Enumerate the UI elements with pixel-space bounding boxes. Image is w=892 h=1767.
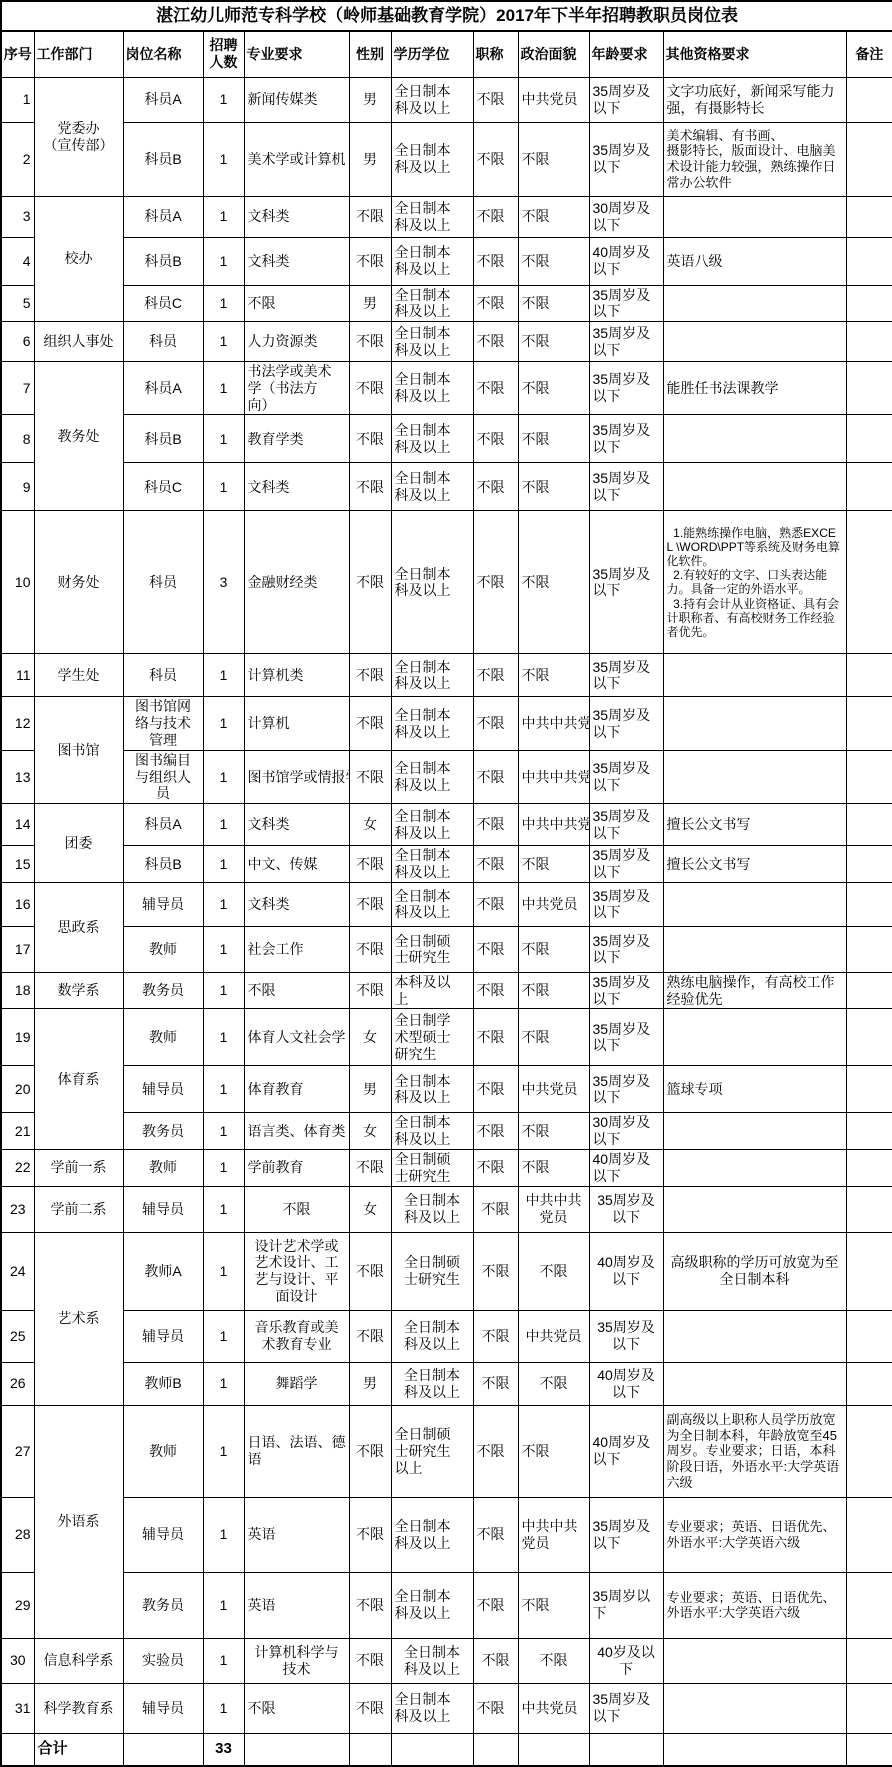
remark-cell	[846, 697, 892, 750]
gender-cell: 不限	[349, 654, 391, 697]
n-cell: 23	[1, 1186, 34, 1232]
major-cell: 计算机类	[244, 654, 349, 697]
table-row-30: 30信息科学系实验员1计算机科学与 技术不限全日制本 科及以上不限不限40岁及以…	[1, 1638, 892, 1683]
count-cell: 1	[203, 1310, 244, 1362]
major-cell: 音乐教育或美 术教育专业	[244, 1310, 349, 1362]
dept-cell: 艺术系	[34, 1232, 123, 1405]
edu-cell: 全日制本 科及以上	[391, 804, 473, 846]
other-cell	[663, 1186, 846, 1232]
post-cell: 教师A	[123, 1232, 203, 1310]
other-cell	[663, 322, 846, 362]
remark-cell	[846, 285, 892, 322]
count-cell: 1	[203, 882, 244, 926]
title-cell: 不限	[473, 1232, 518, 1310]
remark-cell	[846, 362, 892, 415]
title-cell: 不限	[473, 322, 518, 362]
n-cell: 28	[1, 1497, 34, 1572]
count-cell: 1	[203, 846, 244, 883]
remark-cell	[846, 1310, 892, 1362]
remark-cell	[846, 882, 892, 926]
edu-cell: 全日制本 科及以上	[391, 750, 473, 803]
post-cell: 图书编目 与组织人 员	[123, 750, 203, 803]
politics-cell: 中共中共 党员	[518, 1186, 589, 1232]
age-cell: 35周岁及以下	[589, 1009, 663, 1066]
age-cell: 35周岁及以下	[589, 750, 663, 803]
gender-cell: 不限	[349, 846, 391, 883]
title-cell: 不限	[473, 1638, 518, 1683]
politics-cell: 不限	[518, 926, 589, 972]
politics-cell: 不限	[518, 1572, 589, 1638]
age-cell: 35周岁及以下	[589, 322, 663, 362]
table-row-14: 14团委科员A1文科类女全日制本 科及以上不限中共中共党员35周岁及以下擅长公文…	[1, 804, 892, 846]
edu-cell: 全日制本 科及以上	[391, 415, 473, 463]
n-cell: 24	[1, 1232, 34, 1310]
title-cell: 不限	[473, 882, 518, 926]
politics-cell: 不限	[518, 362, 589, 415]
edu-cell: 全日制学 术型硕士 研究生	[391, 1009, 473, 1066]
edu-cell: 全日制本 科及以上	[391, 882, 473, 926]
n-cell: 15	[1, 846, 34, 883]
other-cell: 擅长公文书写	[663, 846, 846, 883]
table-row-31: 31科学教育系辅导员1不限不限全日制本 科及以上不限中共党员35周岁及以下	[1, 1683, 892, 1733]
post-cell: 教师	[123, 1150, 203, 1187]
table-row-11: 11学生处科员1计算机类不限全日制本 科及以上不限不限35周岁及以下	[1, 654, 892, 697]
edu-cell: 全日制本 科及以上	[391, 1362, 473, 1405]
table-row-27: 27外语系教师1日语、法语、德语不限全日制硕 士研究生 以上不限不限40周岁及以…	[1, 1405, 892, 1497]
gender-cell: 不限	[349, 322, 391, 362]
post-cell: 科员A	[123, 362, 203, 415]
major-cell: 体育教育	[244, 1066, 349, 1113]
remark-cell	[846, 846, 892, 883]
gender-cell: 女	[349, 1113, 391, 1150]
dept-cell: 校办	[34, 196, 123, 322]
count-cell: 1	[203, 122, 244, 196]
major-cell	[244, 1733, 349, 1766]
age-cell: 40周岁及以下	[589, 1232, 663, 1310]
politics-cell: 不限	[518, 846, 589, 883]
title-cell: 不限	[473, 463, 518, 511]
post-cell: 科员B	[123, 846, 203, 883]
table-row-1: 1党委办 （宣传部）科员A1新闻传媒类男全日制本 科及以上不限中共党员35周岁及…	[1, 77, 892, 122]
remark-cell	[846, 415, 892, 463]
dept-cell: 体育系	[34, 1009, 123, 1150]
table-row-10: 10财务处科员3金融财经类不限全日制本 科及以上不限不限35周岁及以下 1.能熟…	[1, 511, 892, 654]
dept-cell: 思政系	[34, 882, 123, 972]
post-cell: 教师	[123, 1009, 203, 1066]
header-row: 序号工作部门岗位名称招聘 人数专业要求性别学历学位职称政治面貌年龄要求其他资格要…	[1, 31, 892, 77]
title-cell: 不限	[473, 362, 518, 415]
dept-cell: 组织人事处	[34, 322, 123, 362]
title-cell: 不限	[473, 1113, 518, 1150]
title-cell: 不限	[473, 1362, 518, 1405]
age-cell: 35周岁以下	[589, 1572, 663, 1638]
table-row-18: 18数学系教务员1不限不限本科及以 上不限不限35周岁及以下熟练电脑操作，有高校…	[1, 972, 892, 1009]
column-header-politics: 政治面貌	[518, 31, 589, 77]
age-cell: 30周岁及以下	[589, 196, 663, 237]
post-cell: 科员A	[123, 804, 203, 846]
table-row-12: 12图书馆图书馆网 络与技术 管理1计算机不限全日制本 科及以上不限中共中共党员…	[1, 697, 892, 750]
n-cell: 1	[1, 77, 34, 122]
dept-cell: 信息科学系	[34, 1638, 123, 1683]
count-cell: 1	[203, 237, 244, 285]
table-row-28: 28辅导员1英语不限全日制本 科及以上不限中共中共 党员35周岁及以下专业要求；…	[1, 1497, 892, 1572]
title-row: 湛江幼儿师范专科学校（岭师基础教育学院）2017年下半年招聘教职员岗位表	[1, 1, 892, 31]
post-cell: 科员	[123, 511, 203, 654]
title-cell: 不限	[473, 697, 518, 750]
gender-cell: 不限	[349, 1405, 391, 1497]
major-cell: 计算机科学与 技术	[244, 1638, 349, 1683]
post-cell: 科员A	[123, 77, 203, 122]
remark-cell	[846, 322, 892, 362]
title-cell: 不限	[473, 1405, 518, 1497]
age-cell: 40周岁及以下	[589, 237, 663, 285]
remark-cell	[846, 463, 892, 511]
title-cell: 不限	[473, 1572, 518, 1638]
edu-cell: 全日制本 科及以上	[391, 1310, 473, 1362]
gender-cell: 不限	[349, 1572, 391, 1638]
other-cell	[663, 697, 846, 750]
column-header-major: 专业要求	[244, 31, 349, 77]
post-cell: 辅导员	[123, 1310, 203, 1362]
gender-cell: 男	[349, 122, 391, 196]
major-cell: 文科类	[244, 804, 349, 846]
major-cell: 人力资源类	[244, 322, 349, 362]
politics-cell: 不限	[518, 1362, 589, 1405]
politics-cell: 不限	[518, 511, 589, 654]
politics-cell: 不限	[518, 972, 589, 1009]
post-cell: 教师B	[123, 1362, 203, 1405]
age-cell: 35周岁及以下	[589, 1683, 663, 1733]
politics-cell: 不限	[518, 1232, 589, 1310]
dept-cell: 图书馆	[34, 697, 123, 804]
age-cell: 35周岁及以下	[589, 804, 663, 846]
post-cell: 辅导员	[123, 1683, 203, 1733]
other-cell: 副高级以上职称人员学历放宽为全日制本科，年龄放宽至45周岁。专业要求；日语，本科…	[663, 1405, 846, 1497]
edu-cell: 全日制硕 士研究生	[391, 1150, 473, 1187]
n-cell: 3	[1, 196, 34, 237]
column-header-other: 其他资格要求	[663, 31, 846, 77]
table-row-16: 16思政系辅导员1文科类不限全日制本 科及以上不限中共党员35周岁及以下	[1, 882, 892, 926]
count-cell: 1	[203, 972, 244, 1009]
other-cell: 熟练电脑操作，有高校工作经验优先	[663, 972, 846, 1009]
edu-cell: 全日制本 科及以上	[391, 237, 473, 285]
dept-cell: 团委	[34, 804, 123, 883]
remark-cell	[846, 1009, 892, 1066]
table-body: 1党委办 （宣传部）科员A1新闻传媒类男全日制本 科及以上不限中共党员35周岁及…	[1, 77, 892, 1766]
major-cell: 社会工作	[244, 926, 349, 972]
gender-cell: 不限	[349, 1497, 391, 1572]
gender-cell: 不限	[349, 511, 391, 654]
edu-cell: 全日制本 科及以上	[391, 463, 473, 511]
politics-cell: 中共党员	[518, 882, 589, 926]
edu-cell: 全日制本 科及以上	[391, 697, 473, 750]
column-header-title: 职称	[473, 31, 518, 77]
remark-cell	[846, 1186, 892, 1232]
other-cell: 篮球专项	[663, 1066, 846, 1113]
n-cell: 18	[1, 972, 34, 1009]
n-cell: 22	[1, 1150, 34, 1187]
count-cell: 1	[203, 1497, 244, 1572]
other-cell	[663, 1113, 846, 1150]
title-cell: 不限	[473, 122, 518, 196]
edu-cell: 本科及以 上	[391, 972, 473, 1009]
table-row-23: 23学前二系辅导员1不限女全日制本 科及以上不限中共中共 党员35周岁及以下	[1, 1186, 892, 1232]
remark-cell	[846, 1638, 892, 1683]
edu-cell: 全日制本 科及以上	[391, 846, 473, 883]
title-cell: 不限	[473, 196, 518, 237]
n-cell: 20	[1, 1066, 34, 1113]
politics-cell: 中共党员	[518, 1683, 589, 1733]
edu-cell: 全日制本 科及以上	[391, 285, 473, 322]
n-cell: 5	[1, 285, 34, 322]
column-header-edu: 学历学位	[391, 31, 473, 77]
post-cell: 科员C	[123, 285, 203, 322]
gender-cell: 女	[349, 1009, 391, 1066]
other-cell	[663, 1733, 846, 1766]
major-cell: 语言类、体育类	[244, 1113, 349, 1150]
n-cell: 19	[1, 1009, 34, 1066]
count-cell: 1	[203, 1572, 244, 1638]
major-cell: 不限	[244, 1683, 349, 1733]
major-cell: 金融财经类	[244, 511, 349, 654]
post-cell: 教务员	[123, 1113, 203, 1150]
n-cell: 21	[1, 1113, 34, 1150]
other-cell	[663, 415, 846, 463]
gender-cell: 不限	[349, 1638, 391, 1683]
major-cell: 文科类	[244, 237, 349, 285]
post-cell: 教师	[123, 926, 203, 972]
major-cell: 文科类	[244, 196, 349, 237]
title-cell: 不限	[473, 511, 518, 654]
edu-cell: 全日制本 科及以上	[391, 1683, 473, 1733]
major-cell: 学前教育	[244, 1150, 349, 1187]
age-cell: 35周岁及以下	[589, 415, 663, 463]
major-cell: 美术学或计算机	[244, 122, 349, 196]
n-cell: 10	[1, 511, 34, 654]
age-cell: 35周岁及以下	[589, 882, 663, 926]
remark-cell	[846, 1113, 892, 1150]
politics-cell: 不限	[518, 1405, 589, 1497]
post-cell: 科员B	[123, 415, 203, 463]
major-cell: 不限	[244, 1186, 349, 1232]
count-cell: 1	[203, 1405, 244, 1497]
age-cell: 35周岁及以下	[589, 697, 663, 750]
other-cell	[663, 1638, 846, 1683]
other-cell: 文字功底好，新闻采写能力强，有摄影特长	[663, 77, 846, 122]
post-cell: 辅导员	[123, 1066, 203, 1113]
major-cell: 书法学或美术 学（书法方 向）	[244, 362, 349, 415]
remark-cell	[846, 77, 892, 122]
count-cell: 1	[203, 285, 244, 322]
title-cell: 不限	[473, 654, 518, 697]
post-cell: 图书馆网 络与技术 管理	[123, 697, 203, 750]
title-cell: 不限	[473, 972, 518, 1009]
n-cell: 7	[1, 362, 34, 415]
remark-cell	[846, 1497, 892, 1572]
n-cell: 12	[1, 697, 34, 750]
post-cell: 科员	[123, 322, 203, 362]
major-cell: 英语	[244, 1497, 349, 1572]
major-cell: 设计艺术学或 艺术设计、工 艺与设计、平 面设计	[244, 1232, 349, 1310]
gender-cell: 不限	[349, 1232, 391, 1310]
other-cell	[663, 1009, 846, 1066]
title-cell: 不限	[473, 1310, 518, 1362]
politics-cell: 不限	[518, 1638, 589, 1683]
count-cell: 1	[203, 1232, 244, 1310]
gender-cell: 男	[349, 285, 391, 322]
edu-cell: 全日制本 科及以上	[391, 1186, 473, 1232]
edu-cell: 全日制本 科及以上	[391, 122, 473, 196]
dept-cell: 学生处	[34, 654, 123, 697]
table-row-19: 19体育系教师1体育人文社会学女全日制学 术型硕士 研究生不限不限35周岁及以下	[1, 1009, 892, 1066]
table-row-7: 7教务处科员A1书法学或美术 学（书法方 向）不限全日制本 科及以上不限不限35…	[1, 362, 892, 415]
count-cell: 1	[203, 1362, 244, 1405]
count-cell: 1	[203, 804, 244, 846]
edu-cell: 全日制本 科及以上	[391, 654, 473, 697]
dept-cell: 学前一系	[34, 1150, 123, 1187]
remark-cell	[846, 926, 892, 972]
politics-cell: 不限	[518, 654, 589, 697]
dept-cell: 数学系	[34, 972, 123, 1009]
gender-cell: 不限	[349, 926, 391, 972]
table-row-3: 3校办科员A1文科类不限全日制本 科及以上不限不限30周岁及以下	[1, 196, 892, 237]
major-cell: 中文、传媒	[244, 846, 349, 883]
post-cell: 科员B	[123, 122, 203, 196]
count-cell: 1	[203, 926, 244, 972]
other-cell: 美术编辑、有书画、 摄影特长，版面设计、电脑美术设计能力较强，熟练操作日常办公软…	[663, 122, 846, 196]
count-cell: 1	[203, 697, 244, 750]
age-cell: 35周岁及以下	[589, 285, 663, 322]
major-cell: 英语	[244, 1572, 349, 1638]
n-cell: 29	[1, 1572, 34, 1638]
count-cell: 1	[203, 415, 244, 463]
major-cell: 新闻传媒类	[244, 77, 349, 122]
table-row-2: 2科员B1美术学或计算机男全日制本 科及以上不限不限35周岁及以下美术编辑、有书…	[1, 122, 892, 196]
edu-cell: 全日制本 科及以上	[391, 511, 473, 654]
post-cell: 实验员	[123, 1638, 203, 1683]
post-cell: 教师	[123, 1405, 203, 1497]
edu-cell: 全日制本 科及以上	[391, 1497, 473, 1572]
dept-cell: 财务处	[34, 511, 123, 654]
remark-cell	[846, 1150, 892, 1187]
gender-cell: 女	[349, 1186, 391, 1232]
n-cell: 8	[1, 415, 34, 463]
other-cell	[663, 1310, 846, 1362]
table-row-26: 26教师B1舞蹈学男全日制本 科及以上不限不限40周岁及以下	[1, 1362, 892, 1405]
title-cell: 不限	[473, 1186, 518, 1232]
age-cell: 40岁及以下	[589, 1638, 663, 1683]
major-cell: 不限	[244, 285, 349, 322]
edu-cell: 全日制硕 士研究生 以上	[391, 1405, 473, 1497]
count-cell: 1	[203, 362, 244, 415]
age-cell: 35周岁及以下	[589, 846, 663, 883]
politics-cell: 中共中共党员	[518, 750, 589, 803]
age-cell: 30周岁及以下	[589, 1113, 663, 1150]
other-cell: 擅长公文书写	[663, 804, 846, 846]
title-cell: 不限	[473, 415, 518, 463]
politics-cell: 中共党员	[518, 1066, 589, 1113]
gender-cell: 不限	[349, 415, 391, 463]
dept-cell: 学前二系	[34, 1186, 123, 1232]
n-cell: 14	[1, 804, 34, 846]
edu-cell: 全日制本 科及以上	[391, 77, 473, 122]
other-cell: 高级职称的学历可放宽为至全日制本科	[663, 1232, 846, 1310]
major-cell: 计算机	[244, 697, 349, 750]
n-cell: 31	[1, 1683, 34, 1733]
dept-cell: 外语系	[34, 1405, 123, 1638]
politics-cell: 不限	[518, 463, 589, 511]
count-cell: 1	[203, 1150, 244, 1187]
age-cell: 35周岁及以下	[589, 122, 663, 196]
edu-cell: 全日制本 科及以上	[391, 1638, 473, 1683]
major-cell: 图书馆学或情报学	[244, 750, 349, 803]
title-cell: 不限	[473, 237, 518, 285]
politics-cell: 不限	[518, 237, 589, 285]
count-cell: 1	[203, 1683, 244, 1733]
gender-cell: 不限	[349, 882, 391, 926]
politics-cell: 中共党员	[518, 77, 589, 122]
remark-cell	[846, 972, 892, 1009]
n-cell: 13	[1, 750, 34, 803]
count-cell: 1	[203, 1186, 244, 1232]
remark-cell	[846, 750, 892, 803]
age-cell: 35周岁及以下	[589, 463, 663, 511]
table-row-9: 9科员C1文科类不限全日制本 科及以上不限不限35周岁及以下	[1, 463, 892, 511]
other-cell	[663, 285, 846, 322]
title-cell: 不限	[473, 285, 518, 322]
table-row-4: 4科员B1文科类不限全日制本 科及以上不限不限40周岁及以下英语八级	[1, 237, 892, 285]
politics-cell: 不限	[518, 1113, 589, 1150]
major-cell: 舞蹈学	[244, 1362, 349, 1405]
age-cell: 35周岁及以下	[589, 926, 663, 972]
gender-cell: 不限	[349, 196, 391, 237]
other-cell: 1.能熟练操作电脑，熟悉EXCEL \WORD\PPT等系统及财务电算化软件。 …	[663, 511, 846, 654]
other-cell	[663, 1150, 846, 1187]
politics-cell: 不限	[518, 196, 589, 237]
gender-cell: 不限	[349, 237, 391, 285]
column-header-count: 招聘 人数	[203, 31, 244, 77]
remark-cell	[846, 237, 892, 285]
table-row-25: 25辅导员1音乐教育或美 术教育专业不限全日制本 科及以上不限中共党员35周岁及…	[1, 1310, 892, 1362]
other-cell	[663, 926, 846, 972]
column-header-n: 序号	[1, 31, 34, 77]
gender-cell: 不限	[349, 697, 391, 750]
remark-cell	[846, 1405, 892, 1497]
count-cell: 1	[203, 750, 244, 803]
count-cell: 1	[203, 463, 244, 511]
post-cell: 辅导员	[123, 1186, 203, 1232]
remark-cell	[846, 1362, 892, 1405]
table-row-22: 22学前一系教师1学前教育不限全日制硕 士研究生不限不限40周岁及以下	[1, 1150, 892, 1187]
remark-cell	[846, 1683, 892, 1733]
table-row-17: 17教师1社会工作不限全日制硕 士研究生不限不限35周岁及以下	[1, 926, 892, 972]
title-cell: 不限	[473, 1497, 518, 1572]
title-cell: 不限	[473, 1683, 518, 1733]
count-cell: 1	[203, 654, 244, 697]
edu-cell: 全日制本 科及以上	[391, 1113, 473, 1150]
edu-cell: 全日制本 科及以上	[391, 1066, 473, 1113]
gender-cell: 不限	[349, 750, 391, 803]
dept-cell: 合计	[34, 1733, 123, 1766]
remark-cell	[846, 196, 892, 237]
post-cell: 科员A	[123, 196, 203, 237]
table-row-6: 6组织人事处科员1人力资源类不限全日制本 科及以上不限不限35周岁及以下	[1, 322, 892, 362]
title-cell: 不限	[473, 77, 518, 122]
count-cell: 1	[203, 77, 244, 122]
column-header-dept: 工作部门	[34, 31, 123, 77]
age-cell: 35周岁及以下	[589, 1186, 663, 1232]
age-cell: 35周岁及以下	[589, 77, 663, 122]
